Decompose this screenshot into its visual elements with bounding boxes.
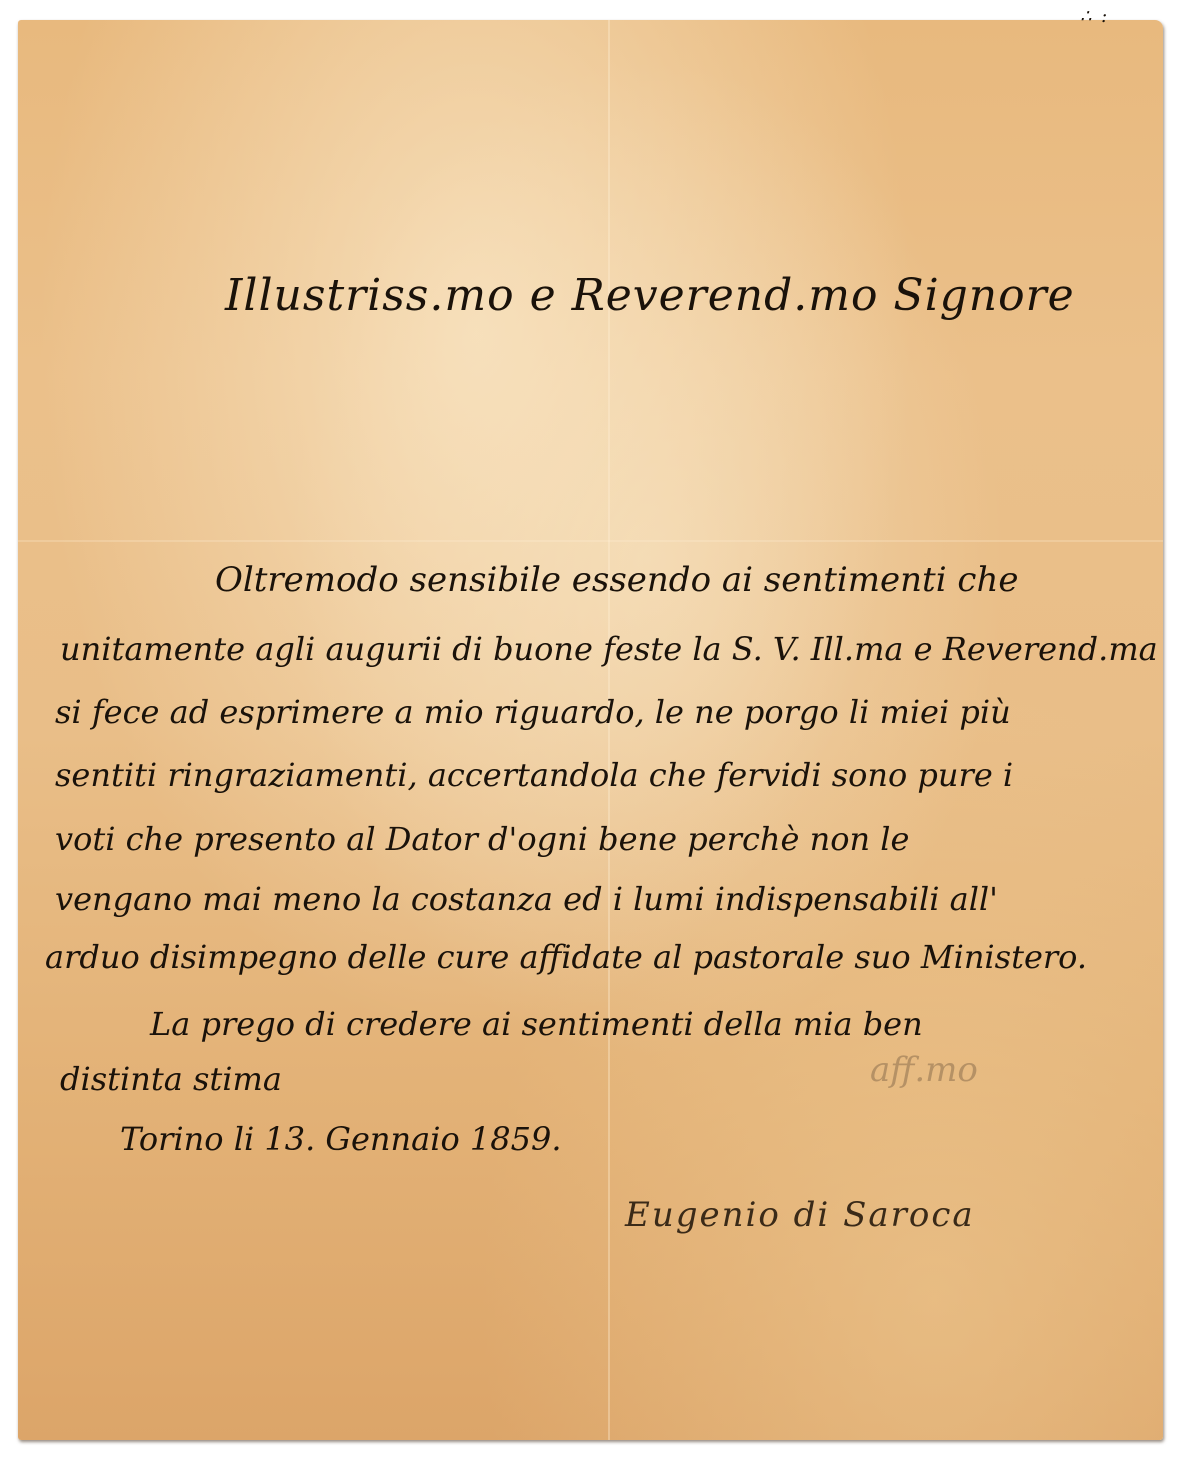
corner-ink-mark: ∴ : bbox=[1080, 12, 1109, 22]
body-line-1: Oltremodo sensibile essendo ai sentiment… bbox=[215, 560, 1018, 600]
body-line-4: sentiti ringraziamenti, accertandola che… bbox=[55, 756, 1013, 794]
body-line-2: unitamente agli augurii di buone feste l… bbox=[60, 630, 1158, 668]
salutation: Illustriss.mo e Reverend.mo Signore bbox=[225, 270, 1075, 321]
faint-annotation: aff.mo bbox=[870, 1050, 978, 1090]
body-line-7: arduo disimpegno delle cure affidate al … bbox=[45, 938, 1087, 976]
closing-line-1: La prego di credere ai sentimenti della … bbox=[150, 1005, 923, 1043]
body-line-3: si fece ad esprimere a mio riguardo, le … bbox=[55, 693, 1011, 731]
body-line-6: vengano mai meno la costanza ed i lumi i… bbox=[55, 880, 998, 918]
body-line-5: voti che presento al Dator d'ogni bene p… bbox=[55, 820, 909, 858]
date-line: Torino li 13. Gennaio 1859. bbox=[120, 1120, 561, 1158]
horizontal-fold-crease bbox=[18, 540, 1163, 542]
closing-line-2: distinta stima bbox=[60, 1060, 282, 1098]
signature: Eugenio di Saroca bbox=[625, 1195, 975, 1235]
